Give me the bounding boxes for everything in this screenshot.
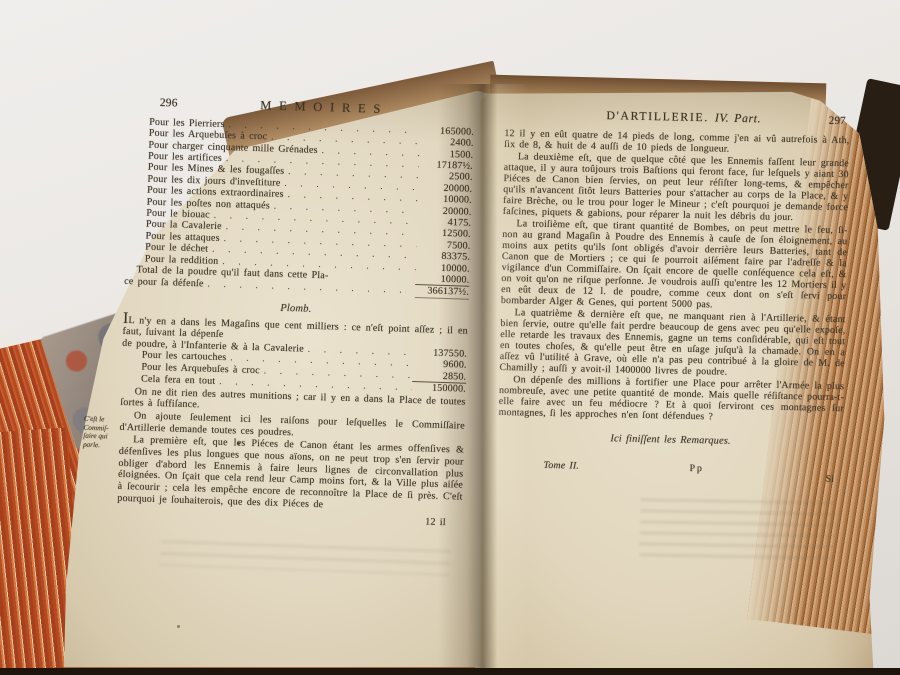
part-label: IV. Part. — [715, 110, 761, 125]
left-page-content: 296 MEMOIRES Pour les Pierriers165000.Po… — [117, 96, 475, 529]
page-number: 296 — [160, 98, 178, 110]
signature-mark: Pp — [689, 463, 704, 474]
spacer — [328, 278, 415, 281]
total-value: 366137½. — [415, 285, 469, 299]
powder-table: Pour les Pierriers165000.Pour les Arqueb… — [125, 116, 474, 275]
paragraph: La deuxième eſt, que de quelque côté que… — [503, 151, 849, 224]
paragraph: La première eſt, que les Piéces de Canon… — [117, 434, 464, 515]
right-page-content: D'ARTILLERIE. IV. Part. 297 12 il y en e… — [497, 108, 850, 482]
margin-note-line: parle. — [83, 440, 119, 450]
catchword: Si — [826, 474, 835, 485]
photo-open-antique-book: 296 MEMOIRES Pour les Pierriers165000.Po… — [0, 0, 900, 675]
margin-note: C'eſt leCommiſ-ſaire quiparle. — [83, 415, 120, 450]
row-label: Cela fera en tout — [141, 374, 216, 388]
left-paragraphs: On ne dit rien des autres munitions ; ca… — [117, 385, 466, 515]
dust-speck — [177, 625, 180, 628]
paragraph: La troiſième eſt, que tirant quantité de… — [501, 218, 848, 313]
paragraph: La quatrième & dernière eſt que, ne manq… — [499, 307, 845, 380]
table-surface — [0, 668, 900, 675]
paragraph: On dépenſe des millions à fortifier une … — [499, 374, 845, 425]
dust-speck — [237, 442, 240, 445]
row-value: 150000. — [412, 381, 466, 395]
page-number: 297 — [829, 116, 846, 127]
closing-line: Ici finiſſent les Remarques. — [498, 431, 843, 449]
right-paragraphs: 12 il y en eût quatre de 14 pieds de lon… — [499, 128, 850, 425]
tome-label: Tome II. — [543, 460, 579, 472]
total-label-line2: ce pour ſa défenſe — [124, 276, 204, 290]
